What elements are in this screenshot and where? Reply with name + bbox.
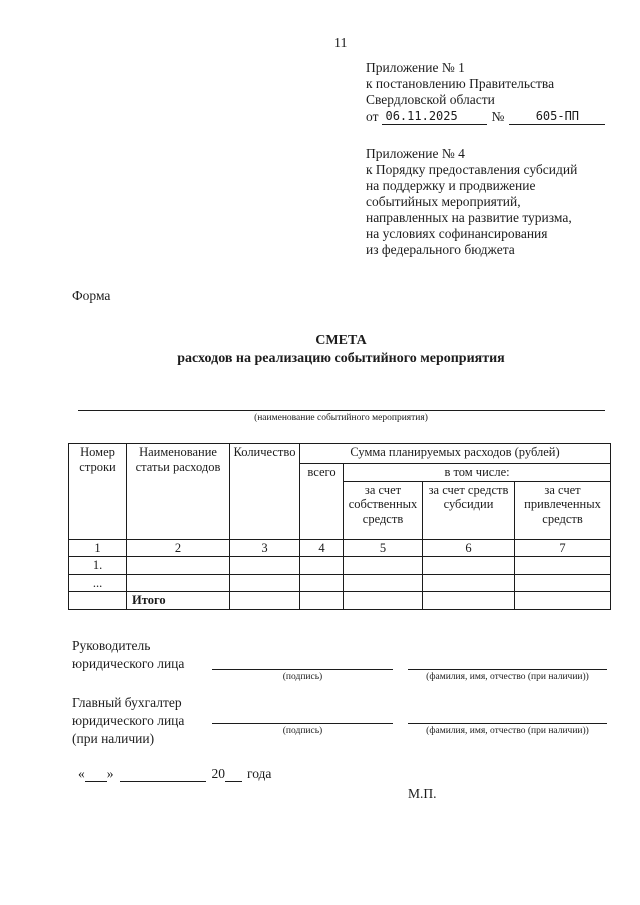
header-total: всего	[300, 464, 344, 540]
cell	[423, 592, 515, 610]
appendix-4-line: Приложение № 4	[366, 146, 577, 162]
header-quantity: Количество	[230, 444, 300, 540]
appendix-4-line: на условиях софинансирования	[366, 226, 577, 242]
cell	[423, 557, 515, 575]
day-blank-field	[85, 767, 107, 782]
header-own-funds: за счет собственных средств	[344, 481, 423, 539]
cell	[515, 574, 611, 592]
header-row-number: Номер строки	[69, 444, 127, 540]
cell	[230, 592, 300, 610]
decree-date-number-line: от06.11.2025№605-ПП	[366, 108, 605, 125]
date-prefix: от	[366, 109, 378, 124]
cell-row-number: ...	[69, 574, 127, 592]
event-name-blank-line	[78, 395, 605, 411]
appendix-1-line: к постановлению Правительства	[366, 76, 605, 92]
accountant-name-blank-line	[408, 708, 607, 724]
appendix-4-line: из федерального бюджета	[366, 242, 577, 258]
name-caption: (фамилия, имя, отчество (при наличии))	[400, 672, 615, 682]
header-expense-item: Наименование статьи расходов	[127, 444, 230, 540]
header-attracted-funds: за счет привлеченных средств	[515, 481, 611, 539]
appendix-4-line: направленных на развитие туризма,	[366, 210, 577, 226]
appendix-1-line: Приложение № 1	[366, 60, 605, 76]
year-prefix: 20	[212, 766, 226, 781]
month-blank-field	[120, 767, 206, 782]
appendix-4-line: к Порядку предоставления субсидий	[366, 162, 577, 178]
expenses-table-wrap: Номер строки Наименование статьи расходо…	[68, 443, 611, 610]
cell	[300, 557, 344, 575]
column-number: 5	[344, 539, 423, 557]
document-title-line1: СМЕТА	[72, 332, 610, 350]
head-signature-blank-line	[212, 654, 393, 670]
cell-total-label: Итого	[127, 592, 230, 610]
column-number: 6	[423, 539, 515, 557]
cell	[344, 592, 423, 610]
appendix-1-block: Приложение № 1 к постановлению Правитель…	[366, 60, 605, 125]
table-row: ...	[69, 574, 611, 592]
column-number: 7	[515, 539, 611, 557]
quote-open: «	[78, 766, 85, 781]
header-subsidy-funds: за счет средств субсидии	[423, 481, 515, 539]
cell	[300, 592, 344, 610]
decree-number-value: 605-ПП	[536, 109, 579, 123]
cell	[127, 557, 230, 575]
column-number: 3	[230, 539, 300, 557]
head-name-blank-line	[408, 654, 607, 670]
accountant-signature-blank-line	[212, 708, 393, 724]
column-number: 1	[69, 539, 127, 557]
signature-head-label: Руководитель юридического лица	[72, 637, 184, 673]
signature-caption: (подпись)	[212, 726, 393, 736]
document-title: СМЕТА расходов на реализацию событийного…	[72, 332, 610, 368]
name-caption: (фамилия, имя, отчество (при наличии))	[400, 726, 615, 736]
cell	[423, 574, 515, 592]
cell	[344, 557, 423, 575]
year-suffix: года	[247, 766, 271, 781]
column-numbers-row: 1 2 3 4 5 6 7	[69, 539, 611, 557]
document-page: 11 Приложение № 1 к постановлению Правит…	[0, 0, 640, 905]
year-blank-field	[225, 767, 242, 782]
cell	[230, 574, 300, 592]
column-number: 4	[300, 539, 344, 557]
number-prefix: №	[491, 109, 504, 124]
signature-accountant-label: Главный бухгалтер юридического лица (при…	[72, 694, 184, 748]
signature-accountant-line: (при наличии)	[72, 730, 184, 748]
decree-number-field: 605-ПП	[509, 108, 605, 125]
appendix-1-line: Свердловской области	[366, 92, 605, 108]
expenses-table: Номер строки Наименование статьи расходо…	[68, 443, 611, 610]
document-date-line: «»20года	[78, 766, 271, 782]
header-including: в том числе:	[344, 464, 611, 482]
cell	[515, 592, 611, 610]
stamp-place-label: М.П.	[408, 786, 437, 802]
quote-close: »	[107, 766, 114, 781]
signature-accountant-line: Главный бухгалтер	[72, 694, 184, 712]
table-row-total: Итого	[69, 592, 611, 610]
cell	[230, 557, 300, 575]
signature-head-line: юридического лица	[72, 655, 184, 673]
appendix-4-block: Приложение № 4 к Порядку предоставления …	[366, 146, 577, 258]
cell	[344, 574, 423, 592]
column-number: 2	[127, 539, 230, 557]
cell	[69, 592, 127, 610]
appendix-4-line: на поддержку и продвижение	[366, 178, 577, 194]
signature-caption: (подпись)	[212, 672, 393, 682]
signature-head-line: Руководитель	[72, 637, 184, 655]
form-label: Форма	[72, 288, 110, 304]
document-title-line2: расходов на реализацию событийного мероп…	[72, 350, 610, 368]
table-row: 1.	[69, 557, 611, 575]
header-sum-group: Сумма планируемых расходов (рублей)	[300, 444, 611, 464]
cell	[515, 557, 611, 575]
appendix-4-line: событийных мероприятий,	[366, 194, 577, 210]
cell	[300, 574, 344, 592]
page-number: 11	[334, 36, 347, 52]
cell-row-number: 1.	[69, 557, 127, 575]
signature-accountant-line: юридического лица	[72, 712, 184, 730]
decree-date-value: 06.11.2025	[385, 109, 457, 123]
cell	[127, 574, 230, 592]
event-name-caption: (наименование событийного мероприятия)	[72, 413, 610, 423]
decree-date-field: 06.11.2025	[382, 108, 487, 125]
